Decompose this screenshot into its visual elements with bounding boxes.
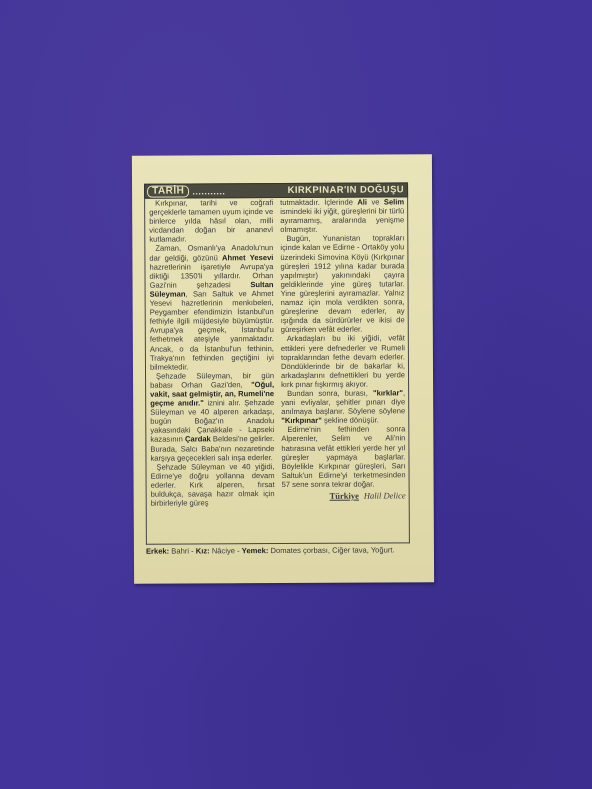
newspaper-name: Türkiye	[330, 491, 359, 501]
footer-value: Nâciye -	[210, 546, 242, 555]
article-column-right: tutmaktadır. İçlerinde Ali ve Selim ismi…	[276, 196, 409, 543]
article-signature: TürkiyeHalil Delice	[282, 491, 406, 501]
footer-value: Domates çorbası, Ciğer tava, Yoğurt.	[268, 545, 394, 555]
section-tag: TARİH	[147, 185, 189, 197]
article-paragraph: Şehzade Süleyman ve 40 yiğidi, Edirne'ye…	[150, 462, 274, 508]
newspaper-clipping: TARİH ........... KIRKPINAR'IN DOĞUŞU Kı…	[132, 154, 434, 584]
article-body: Kırkpınar, tarihi ve coğrafi gerçeklerle…	[144, 196, 410, 544]
footer-value: Bahri -	[169, 546, 196, 555]
article-paragraph: Şehzade Süleyman, bir gün babası Orhan G…	[150, 371, 274, 463]
article-column-left: Kırkpınar, tarihi ve coğrafi gerçeklerle…	[145, 197, 278, 544]
author-name: Halil Delice	[364, 490, 406, 500]
article-paragraph: Arkadaşları bu iki yiğidi, vefât ettikle…	[281, 334, 405, 389]
footer-label: Yemek:	[242, 546, 269, 555]
leader-dots: ...........	[192, 186, 225, 196]
footer-label: Erkek:	[146, 547, 169, 556]
article-paragraph: tutmaktadır. İçlerinde Ali ve Selim ismi…	[280, 197, 404, 234]
article-paragraph: Bundan sonra, burası, "kırklar", yani ev…	[281, 388, 405, 425]
article-paragraph: Zaman, Osmanlı'ya Anadolu'nun dar geldiğ…	[149, 244, 274, 372]
article-title: KIRKPINAR'IN DOĞUŞU	[288, 184, 405, 196]
footer-label: Kız:	[196, 546, 210, 555]
article-paragraph: Kırkpınar, tarihi ve coğrafi gerçeklerle…	[149, 198, 273, 244]
names-of-day-footer: Erkek: Bahri - Kız: Nâciye - Yemek: Doma…	[146, 545, 414, 555]
article-paragraph: Bugün, Yunanistan toprakları içinde kala…	[280, 234, 405, 335]
article-paragraph: Edirne'nin fethinden sonra Alperenler, S…	[281, 425, 405, 489]
